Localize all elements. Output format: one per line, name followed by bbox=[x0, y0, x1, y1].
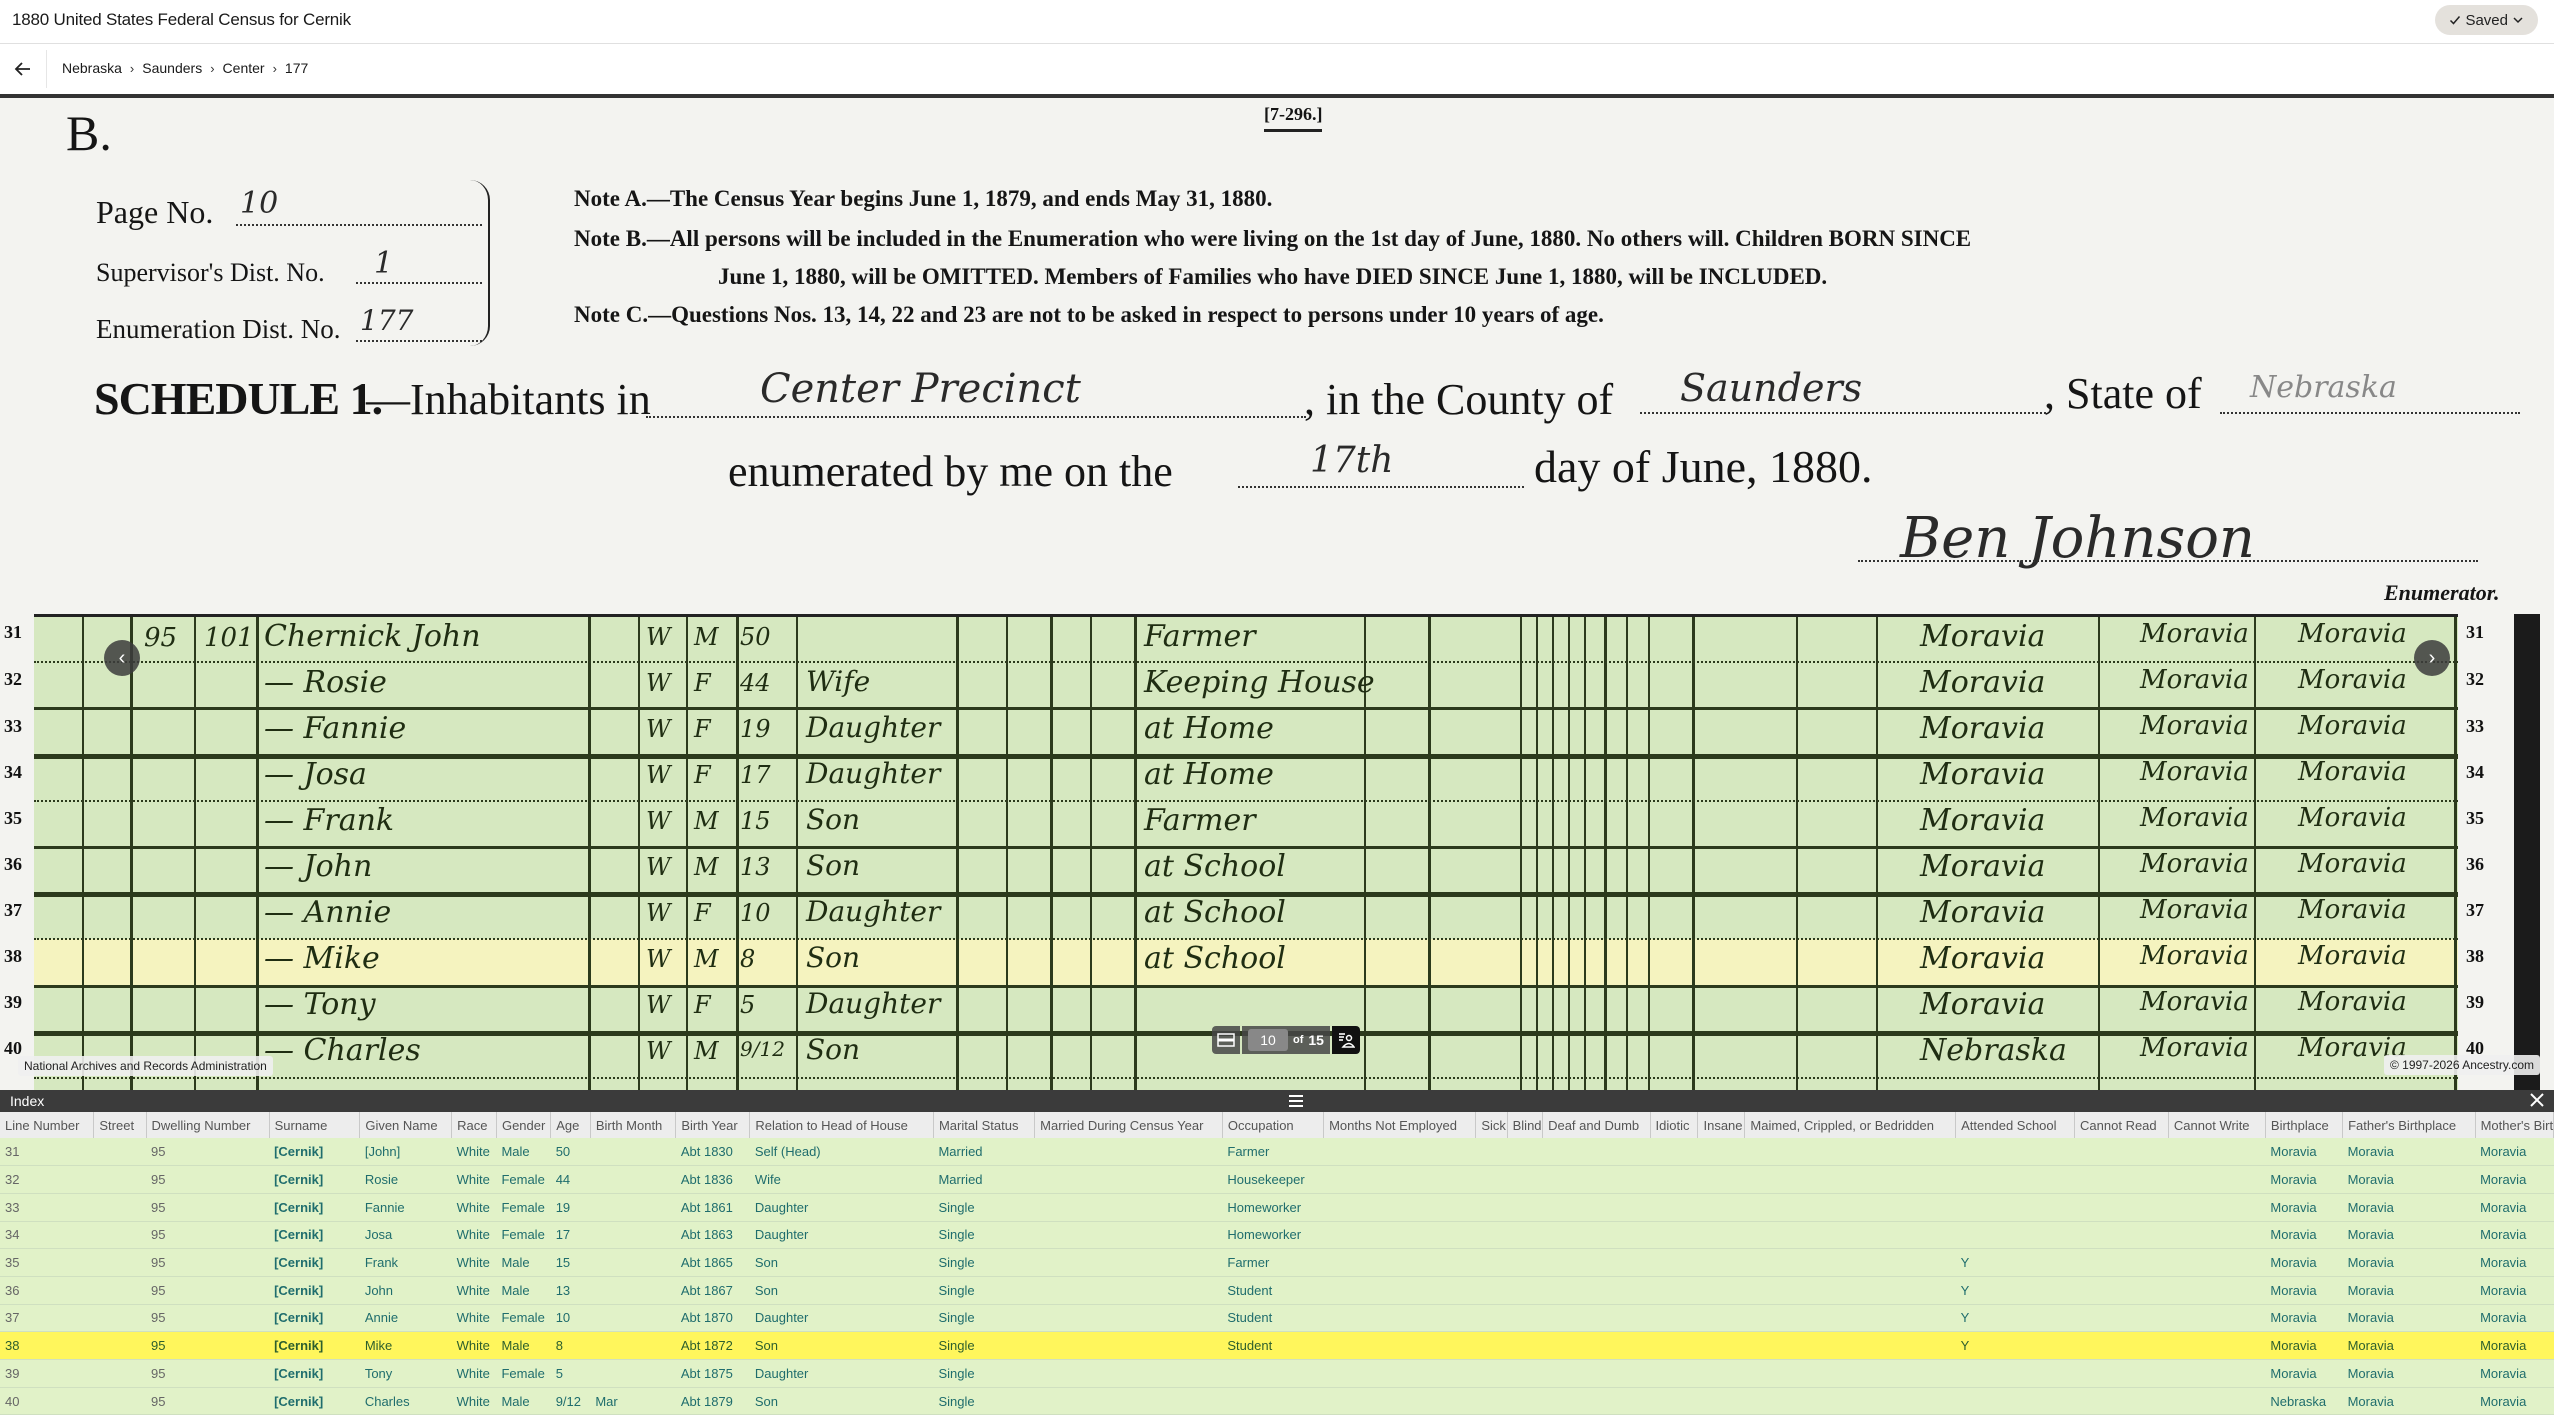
table-cell[interactable]: [Cernik] bbox=[269, 1360, 360, 1388]
table-row[interactable]: 3895[Cernik]MikeWhiteMale8Abt 1872SonSin… bbox=[0, 1332, 2554, 1360]
table-cell: 40 bbox=[0, 1387, 94, 1415]
hw-race: W bbox=[646, 853, 671, 881]
table-cell[interactable]: [Cernik] bbox=[269, 1387, 360, 1415]
table-cell[interactable]: Tony bbox=[360, 1360, 452, 1388]
table-cell: Abt 1863 bbox=[676, 1221, 750, 1249]
row-divider bbox=[34, 1077, 2458, 1079]
copyright-notice: © 1997-2026 Ancestry.com bbox=[2384, 1055, 2540, 1075]
table-cell[interactable]: Mike bbox=[360, 1332, 452, 1360]
table-row[interactable]: 3795[Cernik]AnnieWhiteFemale10Abt 1870Da… bbox=[0, 1304, 2554, 1332]
hw-race: W bbox=[646, 899, 671, 927]
table-cell: Daughter bbox=[750, 1304, 934, 1332]
breadcrumb-nebraska[interactable]: Nebraska bbox=[62, 60, 122, 76]
hw-mother-birthplace: Moravia bbox=[2298, 941, 2407, 971]
hw-birthplace: Moravia bbox=[1920, 757, 2045, 792]
table-cell bbox=[590, 1221, 676, 1249]
day-value: 17th bbox=[1310, 440, 1393, 481]
table-cell[interactable]: Fannie bbox=[360, 1193, 452, 1221]
table-cell bbox=[2075, 1166, 2169, 1194]
divider bbox=[46, 50, 47, 88]
table-cell[interactable]: [Cernik] bbox=[269, 1304, 360, 1332]
col-divider bbox=[638, 617, 640, 1090]
table-cell bbox=[1698, 1249, 1745, 1277]
table-cell bbox=[1324, 1249, 1476, 1277]
table-cell bbox=[1698, 1360, 1745, 1388]
table-cell bbox=[2075, 1332, 2169, 1360]
table-cell: Moravia bbox=[2475, 1193, 2553, 1221]
table-cell: Abt 1830 bbox=[676, 1138, 750, 1166]
table-cell bbox=[1650, 1193, 1698, 1221]
col-divider bbox=[1134, 617, 1137, 1090]
col-divider bbox=[736, 617, 739, 1090]
table-cell bbox=[94, 1138, 146, 1166]
breadcrumb-center[interactable]: Center bbox=[223, 60, 265, 76]
table-cell: Single bbox=[933, 1304, 1034, 1332]
col-divider bbox=[1552, 617, 1554, 1090]
table-cell[interactable]: [Cernik] bbox=[269, 1138, 360, 1166]
table-cell: 19 bbox=[551, 1193, 591, 1221]
enumeration-value: 177 bbox=[360, 304, 413, 337]
family-number: 101 bbox=[204, 623, 254, 653]
supervisor-label: Supervisor's Dist. No. bbox=[96, 258, 325, 288]
column-header[interactable]: Sick bbox=[1476, 1112, 1507, 1138]
table-cell: White bbox=[452, 1166, 497, 1194]
table-cell: 44 bbox=[551, 1166, 591, 1194]
note-b-line1: Note B.—All persons will be included in … bbox=[574, 226, 1971, 252]
table-row[interactable]: 3995[Cernik]TonyWhiteFemale5Abt 1875Daug… bbox=[0, 1360, 2554, 1388]
table-cell bbox=[1507, 1138, 1542, 1166]
table-cell bbox=[1745, 1221, 1956, 1249]
table-cell bbox=[1324, 1332, 1476, 1360]
table-cell[interactable]: [Cernik] bbox=[269, 1193, 360, 1221]
table-cell bbox=[1507, 1360, 1542, 1388]
table-cell bbox=[1698, 1193, 1745, 1221]
hw-mother-birthplace: Moravia bbox=[2298, 803, 2407, 833]
table-cell bbox=[1222, 1387, 1323, 1415]
table-cell bbox=[1507, 1193, 1542, 1221]
table-cell: 95 bbox=[146, 1221, 269, 1249]
table-cell: 34 bbox=[0, 1221, 94, 1249]
column-header[interactable]: Maimed, Crippled, or Bedridden bbox=[1745, 1112, 1956, 1138]
table-cell: 95 bbox=[146, 1360, 269, 1388]
col-divider bbox=[2454, 617, 2457, 1090]
hw-age: 17 bbox=[740, 761, 771, 789]
table-cell bbox=[2075, 1138, 2169, 1166]
table-cell bbox=[2168, 1221, 2265, 1249]
table-cell: White bbox=[452, 1304, 497, 1332]
table-cell bbox=[1476, 1304, 1507, 1332]
table-cell bbox=[1035, 1221, 1223, 1249]
hw-sex: M bbox=[694, 945, 719, 973]
chevron-down-icon bbox=[2512, 14, 2524, 26]
column-header[interactable]: Relation to Head of House bbox=[750, 1112, 934, 1138]
table-cell: Male bbox=[496, 1138, 550, 1166]
column-header[interactable]: Cannot Read bbox=[2075, 1112, 2169, 1138]
table-cell bbox=[1507, 1221, 1542, 1249]
hw-father-birthplace: Moravia bbox=[2140, 619, 2249, 649]
supervisor-value: 1 bbox=[374, 246, 393, 281]
hw-race: W bbox=[646, 669, 671, 697]
hw-birthplace: Moravia bbox=[1920, 711, 2045, 746]
table-cell[interactable]: Charles bbox=[360, 1387, 452, 1415]
hw-sex: F bbox=[694, 761, 711, 789]
col-divider bbox=[1090, 617, 1092, 1090]
table-cell bbox=[1476, 1332, 1507, 1360]
table-cell: Son bbox=[750, 1387, 934, 1415]
table-cell bbox=[94, 1276, 146, 1304]
line-number: 33 bbox=[4, 716, 22, 737]
table-cell: 38 bbox=[0, 1332, 94, 1360]
hw-mother-birthplace: Moravia bbox=[2298, 757, 2407, 787]
table-cell bbox=[590, 1360, 676, 1388]
column-header[interactable]: Birth Year bbox=[676, 1112, 750, 1138]
hw-age: 5 bbox=[740, 991, 755, 1019]
table-cell: Moravia bbox=[2475, 1360, 2553, 1388]
previous-page-button[interactable]: ‹ bbox=[104, 640, 140, 676]
col-divider bbox=[1648, 617, 1650, 1090]
table-cell: White bbox=[452, 1138, 497, 1166]
table-cell bbox=[1476, 1193, 1507, 1221]
census-image[interactable]: B. [7-296.] Page No. 10 Supervisor's Dis… bbox=[0, 94, 2554, 1090]
column-header[interactable]: Birth Month bbox=[590, 1112, 676, 1138]
hw-age: 44 bbox=[740, 669, 771, 697]
table-cell bbox=[1507, 1387, 1542, 1415]
table-cell bbox=[2075, 1387, 2169, 1415]
line-number: 38 bbox=[2466, 946, 2484, 967]
table-cell: 95 bbox=[146, 1332, 269, 1360]
hw-occupation: Farmer bbox=[1144, 619, 1256, 654]
book-spine bbox=[2514, 614, 2540, 1090]
table-cell bbox=[1222, 1360, 1323, 1388]
table-cell bbox=[1745, 1304, 1956, 1332]
chevron-right-icon: › bbox=[2429, 647, 2436, 670]
table-cell bbox=[1956, 1138, 2075, 1166]
resize-handle[interactable] bbox=[1288, 1094, 1304, 1113]
table-cell bbox=[1035, 1332, 1223, 1360]
col-divider bbox=[588, 617, 591, 1090]
table-cell: 8 bbox=[551, 1332, 591, 1360]
table-cell: Married bbox=[933, 1138, 1034, 1166]
column-header[interactable]: Age bbox=[551, 1112, 591, 1138]
column-header[interactable]: Blind bbox=[1507, 1112, 1542, 1138]
column-header[interactable]: Attended School bbox=[1956, 1112, 2075, 1138]
table-cell: Moravia bbox=[2265, 1360, 2342, 1388]
hw-age: 13 bbox=[740, 853, 771, 881]
table-row[interactable]: 3495[Cernik]JosaWhiteFemale17Abt 1863Dau… bbox=[0, 1221, 2554, 1249]
table-cell bbox=[1745, 1387, 1956, 1415]
table-cell bbox=[1745, 1360, 1956, 1388]
table-cell: 37 bbox=[0, 1304, 94, 1332]
table-cell: Student bbox=[1222, 1276, 1323, 1304]
table-cell: Mar bbox=[590, 1387, 676, 1415]
table-cell bbox=[1543, 1166, 1650, 1194]
image-top-edge bbox=[0, 94, 2554, 98]
table-cell: Moravia bbox=[2343, 1193, 2475, 1221]
table-cell: 95 bbox=[146, 1387, 269, 1415]
county-line bbox=[1640, 412, 2046, 414]
table-cell bbox=[94, 1249, 146, 1277]
table-cell bbox=[1650, 1166, 1698, 1194]
back-button[interactable] bbox=[8, 54, 38, 84]
hw-sex: M bbox=[694, 1037, 719, 1065]
table-cell bbox=[1324, 1166, 1476, 1194]
table-cell: Male bbox=[496, 1276, 550, 1304]
table-cell bbox=[590, 1249, 676, 1277]
table-cell[interactable]: [Cernik] bbox=[269, 1249, 360, 1277]
table-cell bbox=[1035, 1138, 1223, 1166]
table-cell: 95 bbox=[146, 1193, 269, 1221]
line-number: 32 bbox=[4, 669, 22, 690]
column-header[interactable]: Mother's Birthplace bbox=[2475, 1112, 2553, 1138]
col-divider bbox=[1006, 617, 1008, 1090]
table-cell bbox=[1956, 1387, 2075, 1415]
hw-sex: F bbox=[694, 991, 711, 1019]
table-cell[interactable]: [Cernik] bbox=[269, 1276, 360, 1304]
line-number: 35 bbox=[4, 808, 22, 829]
hw-mother-birthplace: Moravia bbox=[2298, 665, 2407, 695]
column-header[interactable]: Married During Census Year bbox=[1035, 1112, 1223, 1138]
table-cell: Female bbox=[496, 1360, 550, 1388]
enumeration-label: Enumeration Dist. No. bbox=[96, 314, 340, 345]
filmstrip-icon bbox=[1217, 1033, 1235, 1047]
table-cell bbox=[94, 1332, 146, 1360]
day-suffix: day of June, 1880. bbox=[1534, 440, 1873, 493]
hw-sex: F bbox=[694, 715, 711, 743]
table-row[interactable]: 3395[Cernik]FannieWhiteFemale19Abt 1861D… bbox=[0, 1193, 2554, 1221]
table-cell bbox=[94, 1193, 146, 1221]
table-cell: Moravia bbox=[2265, 1166, 2342, 1194]
col-divider bbox=[1520, 617, 1522, 1090]
column-header[interactable]: Months Not Employed bbox=[1324, 1112, 1476, 1138]
form-number: [7-296.] bbox=[1264, 104, 1322, 132]
column-header[interactable]: Street bbox=[94, 1112, 146, 1138]
table-cell bbox=[1543, 1387, 1650, 1415]
table-cell[interactable]: Josa bbox=[360, 1221, 452, 1249]
col-divider bbox=[796, 617, 798, 1090]
index-title: Index bbox=[10, 1093, 44, 1109]
table-cell: Homeworker bbox=[1222, 1193, 1323, 1221]
chevron-right-icon: › bbox=[273, 61, 277, 76]
table-cell bbox=[1324, 1387, 1476, 1415]
col-divider bbox=[1626, 617, 1628, 1090]
table-cell bbox=[2075, 1360, 2169, 1388]
page-number-input[interactable] bbox=[1248, 1029, 1288, 1051]
table-cell[interactable]: Frank bbox=[360, 1249, 452, 1277]
table-cell bbox=[590, 1138, 676, 1166]
line-number: 39 bbox=[4, 992, 22, 1013]
line-number: 31 bbox=[2466, 622, 2484, 643]
table-cell bbox=[2075, 1304, 2169, 1332]
table-cell: Female bbox=[496, 1166, 550, 1194]
table-cell bbox=[1543, 1276, 1650, 1304]
page-no-value: 10 bbox=[240, 186, 278, 221]
hw-name: — Frank bbox=[264, 803, 394, 838]
top-header: 1880 United States Federal Census for Ce… bbox=[0, 0, 2554, 44]
column-header[interactable]: Idiotic bbox=[1650, 1112, 1698, 1138]
col-divider bbox=[2254, 617, 2256, 1090]
table-cell bbox=[2075, 1249, 2169, 1277]
table-cell bbox=[2168, 1387, 2265, 1415]
hw-occupation: at School bbox=[1144, 895, 1286, 930]
table-cell: White bbox=[452, 1360, 497, 1388]
hw-age: 50 bbox=[740, 623, 771, 651]
col-divider bbox=[686, 617, 688, 1090]
table-cell bbox=[1507, 1166, 1542, 1194]
table-row[interactable]: 3195[Cernik][John]WhiteMale50Abt 1830Sel… bbox=[0, 1138, 2554, 1166]
col-divider bbox=[1604, 617, 1607, 1090]
table-cell: 50 bbox=[551, 1138, 591, 1166]
table-cell: Abt 1879 bbox=[676, 1387, 750, 1415]
form-letter: B. bbox=[66, 104, 112, 162]
table-cell bbox=[1543, 1138, 1650, 1166]
line-number: 31 bbox=[4, 622, 22, 643]
column-header[interactable]: Birthplace bbox=[2265, 1112, 2342, 1138]
column-header[interactable]: Occupation bbox=[1222, 1112, 1323, 1138]
hw-birthplace: Moravia bbox=[1920, 987, 2045, 1022]
column-header[interactable]: Race bbox=[452, 1112, 497, 1138]
line-number: 38 bbox=[4, 946, 22, 967]
table-cell bbox=[94, 1221, 146, 1249]
table-row[interactable]: 4095[Cernik]CharlesWhiteMale9/12MarAbt 1… bbox=[0, 1387, 2554, 1415]
table-cell bbox=[1698, 1332, 1745, 1360]
col-divider bbox=[1568, 617, 1570, 1090]
table-cell[interactable]: [Cernik] bbox=[269, 1221, 360, 1249]
column-header[interactable]: Insane bbox=[1698, 1112, 1745, 1138]
table-cell bbox=[1035, 1387, 1223, 1415]
close-icon bbox=[2528, 1091, 2546, 1109]
table-cell bbox=[1650, 1360, 1698, 1388]
table-cell: Moravia bbox=[2343, 1332, 2475, 1360]
table-cell bbox=[1324, 1221, 1476, 1249]
table-cell[interactable]: John bbox=[360, 1276, 452, 1304]
table-cell: Y bbox=[1956, 1276, 2075, 1304]
breadcrumb-saunders[interactable]: Saunders bbox=[142, 60, 202, 76]
column-header[interactable]: Gender bbox=[496, 1112, 550, 1138]
hw-father-birthplace: Moravia bbox=[2140, 665, 2249, 695]
hw-father-birthplace: Moravia bbox=[2140, 711, 2249, 741]
index-table-body: 3195[Cernik][John]WhiteMale50Abt 1830Sel… bbox=[0, 1138, 2554, 1415]
person-list-icon bbox=[1337, 1031, 1355, 1049]
table-cell: 9/12 bbox=[551, 1387, 591, 1415]
line-number: 36 bbox=[4, 854, 22, 875]
table-cell bbox=[1745, 1249, 1956, 1277]
col-divider bbox=[256, 617, 259, 1090]
hw-occupation: at Home bbox=[1144, 711, 1274, 746]
column-header[interactable]: Line Number bbox=[0, 1112, 94, 1138]
table-cell[interactable]: Annie bbox=[360, 1304, 452, 1332]
table-cell: Moravia bbox=[2265, 1193, 2342, 1221]
col-divider bbox=[1584, 617, 1586, 1090]
hw-race: W bbox=[646, 761, 671, 789]
index-toggle-button[interactable] bbox=[1332, 1026, 1360, 1054]
table-cell bbox=[2075, 1276, 2169, 1304]
filmstrip-button[interactable] bbox=[1212, 1026, 1240, 1054]
table-cell bbox=[1035, 1276, 1223, 1304]
column-header[interactable]: Dwelling Number bbox=[146, 1112, 269, 1138]
table-cell[interactable]: [Cernik] bbox=[269, 1332, 360, 1360]
hw-birthplace: Moravia bbox=[1920, 849, 2045, 884]
column-header[interactable]: Given Name bbox=[360, 1112, 452, 1138]
table-cell: Abt 1865 bbox=[676, 1249, 750, 1277]
saved-button[interactable]: Saved bbox=[2435, 5, 2538, 35]
table-cell bbox=[1035, 1249, 1223, 1277]
table-cell: Moravia bbox=[2343, 1276, 2475, 1304]
table-cell bbox=[1035, 1193, 1223, 1221]
image-viewer[interactable]: B. [7-296.] Page No. 10 Supervisor's Dis… bbox=[0, 94, 2554, 1090]
row-divider bbox=[34, 707, 2458, 710]
table-cell bbox=[1035, 1166, 1223, 1194]
breadcrumb-177[interactable]: 177 bbox=[285, 60, 308, 76]
hw-mother-birthplace: Moravia bbox=[2298, 711, 2407, 741]
page-navigator: of 15 bbox=[1212, 1026, 1360, 1054]
table-cell: Daughter bbox=[750, 1360, 934, 1388]
hw-relation: Daughter bbox=[806, 711, 940, 744]
column-header[interactable]: Surname bbox=[269, 1112, 360, 1138]
column-header[interactable]: Cannot Write bbox=[2168, 1112, 2265, 1138]
supervisor-line bbox=[356, 282, 482, 284]
table-cell bbox=[1324, 1276, 1476, 1304]
table-cell bbox=[1745, 1193, 1956, 1221]
index-table: Line Number Street Dwelling Number Surna… bbox=[0, 1112, 2554, 1415]
table-cell: Moravia bbox=[2343, 1360, 2475, 1388]
table-cell[interactable]: Rosie bbox=[360, 1166, 452, 1194]
table-cell bbox=[1507, 1304, 1542, 1332]
col-divider bbox=[956, 617, 959, 1090]
table-header-row: Line Number Street Dwelling Number Surna… bbox=[0, 1112, 2554, 1138]
enumerator-label: Enumerator. bbox=[2384, 580, 2500, 606]
column-header[interactable]: Deaf and Dumb bbox=[1543, 1112, 1650, 1138]
table-row[interactable]: 3695[Cernik]JohnWhiteMale13Abt 1867SonSi… bbox=[0, 1276, 2554, 1304]
hw-birthplace: Moravia bbox=[1920, 941, 2045, 976]
hw-occupation: at School bbox=[1144, 941, 1286, 976]
chevron-right-icon: › bbox=[130, 61, 134, 76]
table-cell: Farmer bbox=[1222, 1138, 1323, 1166]
table-cell: 13 bbox=[551, 1276, 591, 1304]
county-label: , in the County of bbox=[1304, 374, 1613, 425]
table-cell: White bbox=[452, 1193, 497, 1221]
table-cell bbox=[1035, 1360, 1223, 1388]
column-header[interactable]: Marital Status bbox=[933, 1112, 1034, 1138]
table-cell bbox=[2075, 1193, 2169, 1221]
hw-name: — Rosie bbox=[264, 665, 387, 700]
table-cell: Single bbox=[933, 1276, 1034, 1304]
table-cell: Son bbox=[750, 1276, 934, 1304]
hw-name: — Charles bbox=[264, 1033, 421, 1068]
table-cell bbox=[1476, 1138, 1507, 1166]
table-cell bbox=[1543, 1360, 1650, 1388]
table-cell bbox=[1476, 1221, 1507, 1249]
table-cell bbox=[1543, 1221, 1650, 1249]
table-cell[interactable]: [Cernik] bbox=[269, 1166, 360, 1194]
table-cell: Abt 1872 bbox=[676, 1332, 750, 1360]
table-cell bbox=[94, 1166, 146, 1194]
table-cell[interactable]: [John] bbox=[360, 1138, 452, 1166]
next-page-button[interactable]: › bbox=[2414, 640, 2450, 676]
table-cell: Moravia bbox=[2343, 1138, 2475, 1166]
hw-sex: F bbox=[694, 669, 711, 697]
table-row[interactable]: 3295[Cernik]RosieWhiteFemale44Abt 1836Wi… bbox=[0, 1166, 2554, 1194]
table-cell: Male bbox=[496, 1332, 550, 1360]
column-header[interactable]: Father's Birthplace bbox=[2343, 1112, 2475, 1138]
close-index-button[interactable] bbox=[2528, 1091, 2546, 1114]
table-cell: Female bbox=[496, 1304, 550, 1332]
line-number: 34 bbox=[4, 762, 22, 783]
table-cell: Single bbox=[933, 1221, 1034, 1249]
table-row[interactable]: 3595[Cernik]FrankWhiteMale15Abt 1865SonS… bbox=[0, 1249, 2554, 1277]
hw-mother-birthplace: Moravia bbox=[2298, 895, 2407, 925]
dwelling-number: 95 bbox=[144, 623, 177, 653]
table-cell: 95 bbox=[146, 1249, 269, 1277]
